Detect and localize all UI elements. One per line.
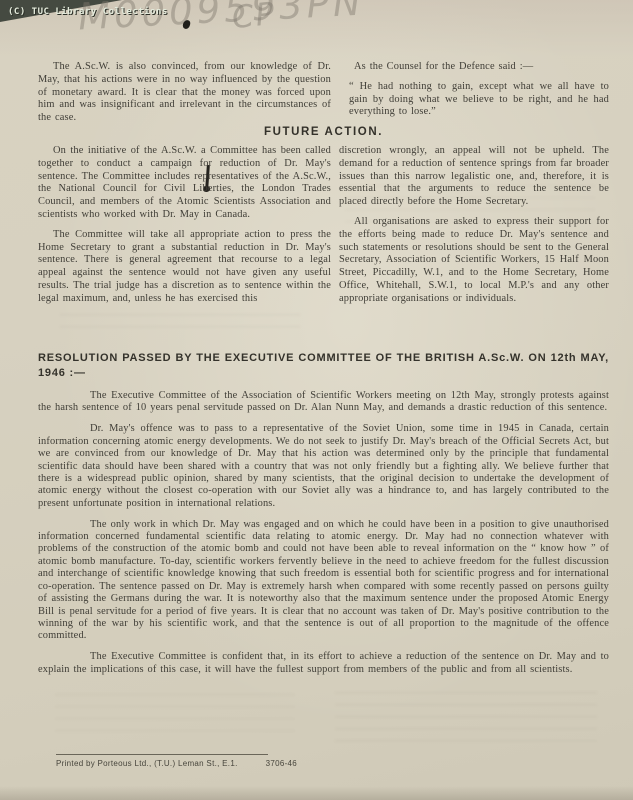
future-action-heading: FUTURE ACTION. [38,126,609,138]
show-through-ghost [345,185,595,231]
resolution-heading: RESOLUTION PASSED BY THE EXECUTIVE COMMI… [38,351,609,381]
printer-name: Printed by Porteous Ltd., (T.U.) Leman S… [56,759,238,768]
future-action-left-column: On the initiative of the A.Sc.W. a Commi… [38,145,331,313]
future-action-paragraph: The Committee will take all appropriate … [38,229,331,306]
intro-paragraph: The A.Sc.W. is also convinced, from our … [38,61,331,125]
intro-left-column: The A.Sc.W. is also convinced, from our … [38,61,331,132]
printer-imprint: Printed by Porteous Ltd., (T.U.) Leman S… [56,759,297,768]
intro-section: The A.Sc.W. is also convinced, from our … [38,61,609,132]
show-through-ghost [335,692,597,748]
resolution-paragraph: The Executive Committee is confident tha… [38,651,609,676]
intro-right-column: As the Counsel for the Defence said :— “… [339,61,609,132]
resolution-paragraph: The only work in which Dr. May was engag… [38,519,609,643]
scan-edge-shadow-bottom [0,786,633,800]
scanned-document-page: { "scan_overlay": { "copyright": "(C) TU… [0,0,633,800]
counsel-lead-line: As the Counsel for the Defence said :— [339,61,609,74]
resolution-section: RESOLUTION PASSED BY THE EXECUTIVE COMMI… [38,351,609,685]
resolution-paragraph: Dr. May's offence was to pass to a repre… [38,423,609,510]
show-through-ghost [60,314,300,336]
counsel-quote: “ He had nothing to gain, except what we… [349,81,609,119]
imprint-rule [56,754,268,755]
future-action-paragraph: On the initiative of the A.Sc.W. a Commi… [38,145,331,222]
show-through-ghost [55,694,295,740]
print-job-number: 3706-46 [266,759,297,768]
resolution-paragraph: The Executive Committee of the Associati… [38,390,609,415]
pencil-initials: CP [230,0,278,36]
copyright-watermark: (C) TUC Library Collections [8,7,168,17]
